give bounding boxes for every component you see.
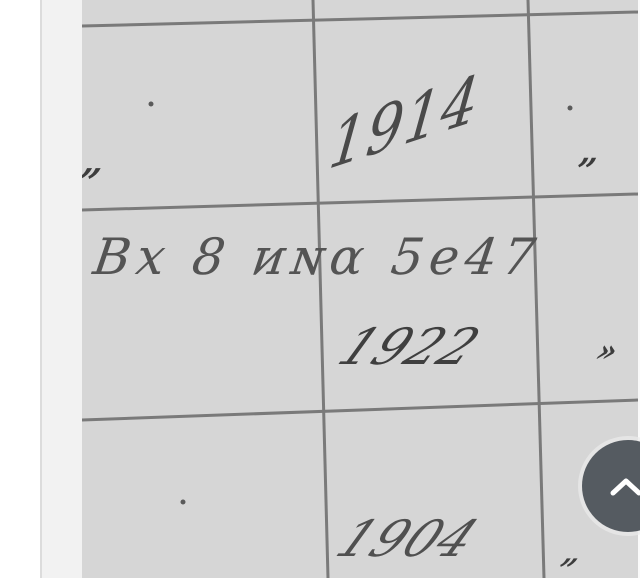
handwritten-entry-text: Bx 8 ᴎɴα 5e47 <box>90 228 545 286</box>
chevron-up-icon <box>609 476 640 496</box>
ledger-grid-lines <box>82 0 638 578</box>
side-panel <box>42 0 82 578</box>
left-margin <box>0 0 40 578</box>
document-scan-image: 1914 Bx 8 ᴎɴα 5e47 1922 1904 „ „ » „ <box>82 0 638 578</box>
